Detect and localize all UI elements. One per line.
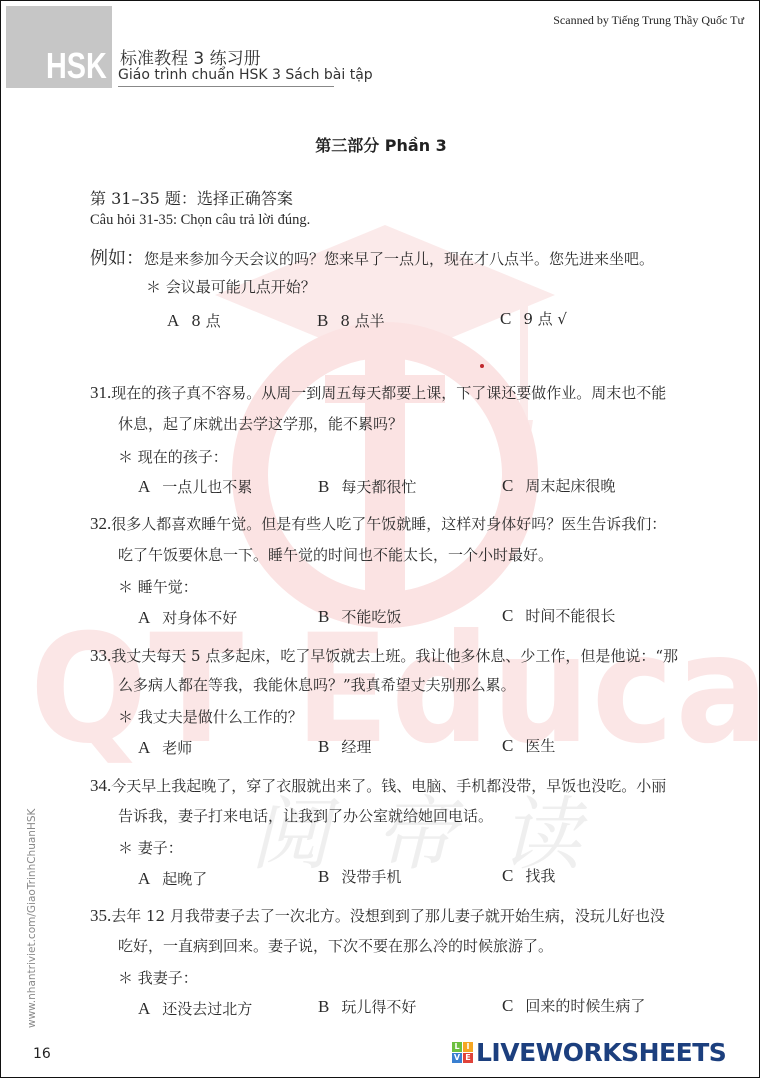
question-34-prompt: ＊ 妻子：	[118, 837, 183, 858]
example-option-c-correct: C9 点 √	[500, 308, 567, 329]
red-dot-mark	[480, 364, 484, 368]
question-31-line-1: 31.现在的孩子真不容易。从周一到周五每天都要上课，下了课还要做作业。周末也不能	[90, 382, 666, 403]
question-32-option-b[interactable]: B不能吃饭	[318, 606, 401, 627]
section-title: 第三部分 Phần 3	[0, 133, 762, 156]
question-31-prompt: ＊ 现在的孩子：	[118, 446, 228, 467]
example-line: 例如：您是来参加今天会议的吗？您来早了一点儿，现在才八点半。您先进来坐吧。	[90, 244, 654, 270]
book-title-cn: 标准教程 3 练习册	[120, 44, 261, 69]
publisher-url: www.nhantriviet.com/GiaoTrinhChuanHSK	[26, 809, 38, 1028]
question-35-line-2: 吃好，一直病到回来。妻子说，下次不要在那么冷的时候旅游了。	[118, 935, 553, 956]
page-number: 16	[33, 1046, 51, 1062]
question-33-prompt: ＊ 我丈夫是做什么工作的？	[118, 706, 303, 727]
question-33-line-2: 么多病人都在等我，我能休息吗？”我真希望丈夫别那么累。	[118, 674, 516, 695]
question-35-option-a[interactable]: A还没去过北方	[138, 998, 252, 1019]
example-option-b: B8 点半	[317, 310, 385, 331]
example-label: 例如：	[90, 248, 144, 269]
question-34-option-c[interactable]: C找我	[502, 865, 555, 886]
book-title-vi: Giáo trình chuẩn HSK 3 Sách bài tập	[118, 67, 334, 87]
question-34-line-2: 告诉我，妻子打来电话，让我到了办公室就给她回电话。	[118, 805, 493, 826]
scanned-by-credit: Scanned by Tiếng Trung Thầy Quốc Tư	[553, 13, 744, 28]
question-33-option-a[interactable]: A老师	[138, 737, 192, 758]
question-33-option-b[interactable]: B经理	[318, 736, 371, 757]
question-32-option-c[interactable]: C时间不能很长	[502, 605, 615, 626]
question-33-line-1: 33.我丈夫每天 5 点多起床，吃了早饭就去上班。我让他多休息、少工作，但是他说…	[90, 645, 678, 666]
question-31-option-b[interactable]: B每天都很忙	[318, 476, 416, 497]
question-35-option-b[interactable]: B玩儿得不好	[318, 996, 416, 1017]
question-32-prompt: ＊ 睡午觉：	[118, 576, 198, 597]
instruction-vi: Câu hỏi 31-35: Chọn câu trả lời đúng.	[90, 212, 310, 229]
question-35-prompt: ＊ 我妻子：	[118, 967, 198, 988]
example-option-a: A8 点	[167, 310, 221, 331]
question-32-line-2: 吃了午饭要休息一下。睡午觉的时间也不能太长，一个小时最好。	[118, 544, 553, 565]
question-31-line-2: 休息，起了床就出去学这学那，能不累吗？	[118, 413, 403, 434]
question-35-line-1: 35.去年 12 月我带妻子去了一次北方。没想到到了那儿妻子就开始生病，没玩儿好…	[90, 905, 665, 926]
liveworksheets-wordmark: LIVEWORKSHEETS	[476, 1038, 726, 1067]
question-32-option-a[interactable]: A对身体不好	[138, 607, 237, 628]
example-question: ＊ 会议最可能几点开始？	[146, 276, 316, 297]
question-33-option-c[interactable]: C医生	[502, 735, 555, 756]
hsk-logo-text: HSK	[46, 48, 107, 84]
question-31-option-c[interactable]: C周末起床很晚	[502, 475, 615, 496]
question-32-line-1: 32.很多人都喜欢睡午觉。但是有些人吃了午饭就睡，这样对身体好吗？医生告诉我们：	[90, 513, 666, 534]
question-35-option-c[interactable]: C回来的时候生病了	[502, 995, 645, 1016]
instruction-cn: 第 31–35 题：选择正确答案	[90, 186, 293, 209]
liveworksheets-logo[interactable]: L I V E LIVEWORKSHEETS	[452, 1038, 726, 1067]
question-34-option-a[interactable]: A起晚了	[138, 868, 207, 889]
question-34-option-b[interactable]: B没带手机	[318, 866, 401, 887]
example-text: 您是来参加今天会议的吗？您来早了一点儿，现在才八点半。您先进来坐吧。	[144, 250, 654, 268]
question-31-option-a[interactable]: A一点儿也不累	[138, 476, 252, 497]
liveworksheets-icon: L I V E	[452, 1042, 473, 1063]
question-34-line-1: 34.今天早上我起晚了，穿了衣服就出来了。钱、电脑、手机都没带，早饭也没吃。小丽	[90, 775, 666, 796]
